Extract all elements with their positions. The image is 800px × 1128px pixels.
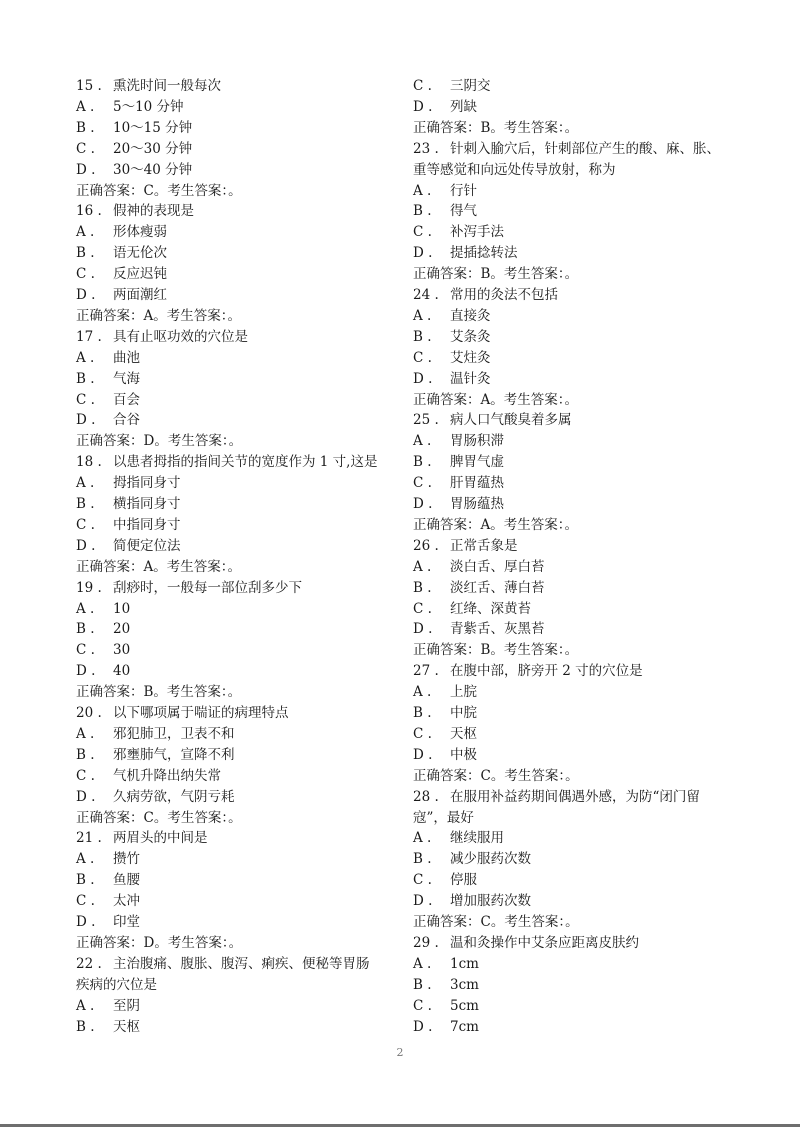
answer-option: B .中脘 — [413, 703, 477, 724]
answer-option: D .温针灸 — [413, 369, 491, 390]
question-text-continuation: 重等感觉和向远处传导放射，称为 — [413, 160, 616, 181]
question-text-continuation: 寇”，最好 — [413, 808, 474, 829]
option-letter: C . — [413, 222, 450, 243]
answer-option: B .脾胃气虚 — [413, 452, 504, 473]
option-text: 至阴 — [113, 998, 140, 1014]
correct-answer-line: 正确答案：A。考生答案：。 — [413, 390, 578, 411]
option-text: 减少服药次数 — [450, 851, 531, 867]
option-text: 行针 — [450, 183, 477, 199]
question-stem: 20 .以下哪项属于喘证的病理特点 — [76, 703, 289, 724]
question-stem: 26 .正常舌象是 — [413, 536, 518, 557]
option-letter: C . — [76, 640, 113, 661]
answer-option: C .反应迟钝 — [76, 264, 167, 285]
page-number: 2 — [0, 1046, 800, 1059]
option-letter: D . — [413, 97, 450, 118]
question-number: 21 . — [76, 828, 113, 849]
question-text: 常用的灸法不包括 — [450, 287, 558, 303]
option-letter: D . — [76, 787, 113, 808]
question-stem: 23 .针刺入腧穴后，针刺部位产生的酸、麻、胀、 — [413, 139, 720, 160]
option-letter: D . — [413, 1017, 450, 1038]
question-stem: 22 .主治腹痛、腹胀、腹泻、痢疾、便秘等胃肠 — [76, 954, 370, 975]
answer-option: C .停服 — [413, 870, 477, 891]
answer-option: A .攒竹 — [76, 849, 140, 870]
option-letter: B . — [413, 452, 450, 473]
question-stem: 15 .熏洗时间一般每次 — [76, 76, 221, 97]
answer-option: B .语无伦次 — [76, 243, 167, 264]
question-number: 28 . — [413, 787, 450, 808]
option-letter: A . — [413, 431, 450, 452]
question-text: 在腹中部，脐旁开 2 寸的穴位是 — [450, 663, 643, 679]
answer-option: B .3cm — [413, 975, 479, 996]
option-text: 反应迟钝 — [113, 266, 167, 282]
answer-option: A .至阴 — [76, 996, 140, 1017]
question-text: 正常舌象是 — [450, 538, 518, 554]
option-text: 直接灸 — [450, 308, 491, 324]
option-text: 中指同身寸 — [113, 517, 181, 533]
answer-option: A .形体瘦弱 — [76, 222, 167, 243]
option-text: 三阴交 — [450, 78, 491, 94]
option-letter: C . — [413, 599, 450, 620]
answer-option: A .1cm — [413, 954, 479, 975]
option-text: 10～15 分钟 — [113, 120, 192, 136]
option-letter: A . — [76, 724, 113, 745]
answer-option: C .5cm — [413, 996, 479, 1017]
option-text: 形体瘦弱 — [113, 224, 167, 240]
answer-option: C .20～30 分钟 — [76, 139, 192, 160]
question-stem: 19 .刮痧时，一般每一部位刮多少下 — [76, 578, 302, 599]
answer-option: D .40 — [76, 661, 130, 682]
question-number: 15 . — [76, 76, 113, 97]
answer-option: D .30～40 分钟 — [76, 160, 192, 181]
answer-option: B .得气 — [413, 201, 477, 222]
answer-option: A .胃肠积滞 — [413, 431, 504, 452]
answer-option: B .艾条灸 — [413, 327, 491, 348]
option-letter: A . — [413, 306, 450, 327]
option-letter: D . — [413, 745, 450, 766]
option-text: 1cm — [450, 956, 479, 972]
option-text: 语无伦次 — [113, 245, 167, 261]
option-text: 3cm — [450, 977, 479, 993]
option-text: 气海 — [113, 371, 140, 387]
option-letter: B . — [76, 1017, 113, 1038]
option-letter: A . — [76, 849, 113, 870]
answer-option: A .继续服用 — [413, 828, 504, 849]
option-letter: B . — [413, 849, 450, 870]
answer-option: A .5～10 分钟 — [76, 97, 184, 118]
answer-option: A .邪犯肺卫，卫表不和 — [76, 724, 235, 745]
option-letter: B . — [76, 369, 113, 390]
option-text: 太冲 — [113, 893, 140, 909]
question-number: 19 . — [76, 578, 113, 599]
answer-option: B .邪壅肺气，宣降不利 — [76, 745, 235, 766]
question-number: 18 . — [76, 452, 113, 473]
option-letter: B . — [76, 243, 113, 264]
correct-answer-line: 正确答案：A。考生答案：。 — [76, 306, 241, 327]
answer-option: A .直接灸 — [413, 306, 491, 327]
option-letter: D . — [76, 912, 113, 933]
option-letter: D . — [413, 891, 450, 912]
question-text: 熏洗时间一般每次 — [113, 78, 221, 94]
option-text: 天枢 — [113, 1019, 140, 1035]
option-text: 艾条灸 — [450, 329, 491, 345]
answer-option: C .肝胃蕴热 — [413, 473, 504, 494]
option-text: 7cm — [450, 1019, 479, 1035]
option-text: 列缺 — [450, 99, 477, 115]
question-stem: 17 .具有止呕功效的穴位是 — [76, 327, 248, 348]
answer-option: D .青紫舌、灰黑苔 — [413, 619, 545, 640]
option-letter: B . — [76, 870, 113, 891]
question-number: 25 . — [413, 410, 450, 431]
answer-option: A .上脘 — [413, 682, 477, 703]
answer-option: C .三阴交 — [413, 76, 491, 97]
option-letter: C . — [76, 891, 113, 912]
option-letter: A . — [413, 557, 450, 578]
option-text: 曲池 — [113, 350, 140, 366]
option-letter: C . — [76, 139, 113, 160]
answer-option: C .补泻手法 — [413, 222, 504, 243]
option-text: 增加服药次数 — [450, 893, 531, 909]
option-text: 30 — [113, 642, 130, 658]
answer-option: D .7cm — [413, 1017, 479, 1038]
option-text: 简便定位法 — [113, 538, 181, 554]
option-text: 拇指同身寸 — [113, 475, 181, 491]
question-text: 病人口气酸臭着多属 — [450, 412, 572, 428]
question-text: 具有止呕功效的穴位是 — [113, 329, 248, 345]
option-text: 久病劳欲，气阴亏耗 — [113, 789, 235, 805]
answer-option: B .天枢 — [76, 1017, 140, 1038]
correct-answer-line: 正确答案：C。考生答案：。 — [76, 808, 242, 829]
option-letter: C . — [76, 390, 113, 411]
question-text: 两眉头的中间是 — [113, 830, 208, 846]
question-text: 以患者拇指的指间关节的宽度作为 1 寸,这是 — [113, 454, 377, 470]
question-number: 23 . — [413, 139, 450, 160]
answer-option: B .气海 — [76, 369, 140, 390]
answer-option: D .胃肠蕴热 — [413, 494, 504, 515]
option-text: 胃肠蕴热 — [450, 496, 504, 512]
question-text: 假神的表现是 — [113, 203, 194, 219]
option-text: 淡红舌、薄白苔 — [450, 580, 545, 596]
answer-option: D .增加服药次数 — [413, 891, 531, 912]
option-letter: D . — [413, 369, 450, 390]
option-letter: D . — [76, 661, 113, 682]
option-letter: B . — [413, 975, 450, 996]
option-text: 青紫舌、灰黑苔 — [450, 621, 545, 637]
question-text: 主治腹痛、腹胀、腹泻、痢疾、便秘等胃肠 — [113, 956, 370, 972]
option-letter: A . — [413, 682, 450, 703]
option-letter: B . — [76, 494, 113, 515]
answer-option: A .曲池 — [76, 348, 140, 369]
bottom-border — [0, 1124, 800, 1127]
option-letter: A . — [413, 954, 450, 975]
option-text: 天枢 — [450, 726, 477, 742]
question-number: 26 . — [413, 536, 450, 557]
option-letter: D . — [76, 410, 113, 431]
answer-option: C .气机升降出纳失常 — [76, 766, 221, 787]
answer-option: C .天枢 — [413, 724, 477, 745]
question-stem: 16 .假神的表现是 — [76, 201, 194, 222]
option-letter: B . — [76, 745, 113, 766]
correct-answer-line: 正确答案：B。考生答案：。 — [413, 264, 578, 285]
correct-answer-line: 正确答案：B。考生答案：。 — [413, 118, 578, 139]
question-stem: 29 .温和灸操作中艾条应距离皮肤约 — [413, 933, 639, 954]
option-letter: B . — [413, 578, 450, 599]
option-letter: C . — [76, 515, 113, 536]
answer-option: B .10～15 分钟 — [76, 118, 192, 139]
option-letter: D . — [76, 285, 113, 306]
question-text: 以下哪项属于喘证的病理特点 — [113, 705, 289, 721]
option-text: 邪壅肺气，宣降不利 — [113, 747, 235, 763]
correct-answer-line: 正确答案：D。考生答案：。 — [76, 431, 242, 452]
answer-option: B .20 — [76, 619, 130, 640]
answer-option: B .淡红舌、薄白苔 — [413, 578, 545, 599]
option-letter: C . — [413, 724, 450, 745]
option-letter: A . — [413, 828, 450, 849]
question-text-continuation: 疾病的穴位是 — [76, 975, 157, 996]
question-number: 17 . — [76, 327, 113, 348]
option-letter: C . — [413, 76, 450, 97]
option-text: 中极 — [450, 747, 477, 763]
answer-option: A .行针 — [413, 181, 477, 202]
option-letter: D . — [76, 160, 113, 181]
option-text: 5～10 分钟 — [113, 99, 184, 115]
option-text: 20～30 分钟 — [113, 141, 192, 157]
answer-option: C .中指同身寸 — [76, 515, 181, 536]
option-letter: D . — [413, 243, 450, 264]
option-text: 上脘 — [450, 684, 477, 700]
option-letter: A . — [76, 473, 113, 494]
answer-option: B .鱼腰 — [76, 870, 140, 891]
question-text: 温和灸操作中艾条应距离皮肤约 — [450, 935, 639, 951]
answer-option: B .横指同身寸 — [76, 494, 181, 515]
option-letter: B . — [413, 201, 450, 222]
option-letter: D . — [76, 536, 113, 557]
question-text: 针刺入腧穴后，针刺部位产生的酸、麻、胀、 — [450, 141, 720, 157]
option-letter: A . — [76, 222, 113, 243]
option-letter: A . — [76, 348, 113, 369]
option-text: 20 — [113, 621, 130, 637]
question-stem: 27 .在腹中部，脐旁开 2 寸的穴位是 — [413, 661, 643, 682]
option-letter: D . — [413, 619, 450, 640]
answer-option: D .久病劳欲，气阴亏耗 — [76, 787, 235, 808]
option-text: 脾胃气虚 — [450, 454, 504, 470]
option-letter: B . — [76, 118, 113, 139]
option-text: 淡白舌、厚白苔 — [450, 559, 545, 575]
option-text: 提插捻转法 — [450, 245, 518, 261]
option-letter: B . — [76, 619, 113, 640]
answer-option: C .30 — [76, 640, 130, 661]
option-letter: D . — [413, 494, 450, 515]
correct-answer-line: 正确答案：C。考生答案：。 — [413, 766, 579, 787]
question-number: 20 . — [76, 703, 113, 724]
correct-answer-line: 正确答案：B。考生答案：。 — [413, 640, 578, 661]
correct-answer-line: 正确答案：A。考生答案：。 — [413, 515, 578, 536]
question-number: 27 . — [413, 661, 450, 682]
question-text: 在服用补益药期间偶遇外感，为防“闭门留 — [450, 789, 700, 805]
question-number: 24 . — [413, 285, 450, 306]
option-letter: C . — [76, 766, 113, 787]
option-text: 10 — [113, 601, 130, 617]
option-text: 气机升降出纳失常 — [113, 768, 221, 784]
correct-answer-line: 正确答案：C。考生答案：。 — [76, 181, 242, 202]
option-text: 胃肠积滞 — [450, 433, 504, 449]
option-letter: A . — [76, 996, 113, 1017]
question-stem: 24 .常用的灸法不包括 — [413, 285, 558, 306]
option-text: 40 — [113, 663, 130, 679]
option-text: 印堂 — [113, 914, 140, 930]
question-number: 29 . — [413, 933, 450, 954]
option-text: 继续服用 — [450, 830, 504, 846]
option-text: 停服 — [450, 872, 477, 888]
option-text: 中脘 — [450, 705, 477, 721]
answer-option: A .10 — [76, 599, 130, 620]
option-text: 补泻手法 — [450, 224, 504, 240]
option-text: 艾炷灸 — [450, 350, 491, 366]
option-text: 温针灸 — [450, 371, 491, 387]
question-stem: 25 .病人口气酸臭着多属 — [413, 410, 572, 431]
option-letter: B . — [413, 703, 450, 724]
correct-answer-line: 正确答案：A。考生答案：。 — [76, 557, 241, 578]
correct-answer-line: 正确答案：B。考生答案：。 — [76, 682, 241, 703]
answer-option: A .淡白舌、厚白苔 — [413, 557, 545, 578]
option-text: 5cm — [450, 998, 479, 1014]
answer-option: C .红绛、深黄苔 — [413, 599, 531, 620]
option-text: 30～40 分钟 — [113, 162, 192, 178]
option-text: 鱼腰 — [113, 872, 140, 888]
option-letter: C . — [76, 264, 113, 285]
option-text: 攒竹 — [113, 851, 140, 867]
option-text: 肝胃蕴热 — [450, 475, 504, 491]
option-letter: A . — [76, 97, 113, 118]
option-text: 邪犯肺卫，卫表不和 — [113, 726, 235, 742]
correct-answer-line: 正确答案：C。考生答案：。 — [413, 912, 579, 933]
option-text: 合谷 — [113, 412, 140, 428]
option-text: 两面潮红 — [113, 287, 167, 303]
answer-option: D .合谷 — [76, 410, 140, 431]
option-letter: B . — [413, 327, 450, 348]
option-text: 得气 — [450, 203, 477, 219]
question-stem: 21 .两眉头的中间是 — [76, 828, 208, 849]
question-stem: 28 .在服用补益药期间偶遇外感，为防“闭门留 — [413, 787, 700, 808]
question-number: 16 . — [76, 201, 113, 222]
question-number: 22 . — [76, 954, 113, 975]
question-text: 刮痧时，一般每一部位刮多少下 — [113, 580, 302, 596]
option-text: 百会 — [113, 392, 140, 408]
answer-option: C .百会 — [76, 390, 140, 411]
answer-option: C .太冲 — [76, 891, 140, 912]
answer-option: B .减少服药次数 — [413, 849, 531, 870]
answer-option: C .艾炷灸 — [413, 348, 491, 369]
option-letter: C . — [413, 870, 450, 891]
option-letter: A . — [413, 181, 450, 202]
option-letter: C . — [413, 348, 450, 369]
answer-option: D .列缺 — [413, 97, 477, 118]
correct-answer-line: 正确答案：D。考生答案：。 — [76, 933, 242, 954]
option-text: 横指同身寸 — [113, 496, 181, 512]
option-text: 红绛、深黄苔 — [450, 601, 531, 617]
option-letter: C . — [413, 996, 450, 1017]
answer-option: A .拇指同身寸 — [76, 473, 181, 494]
answer-option: D .印堂 — [76, 912, 140, 933]
answer-option: D .中极 — [413, 745, 477, 766]
option-letter: A . — [76, 599, 113, 620]
answer-option: D .提插捻转法 — [413, 243, 518, 264]
question-stem: 18 .以患者拇指的指间关节的宽度作为 1 寸,这是 — [76, 452, 377, 473]
answer-option: D .简便定位法 — [76, 536, 181, 557]
answer-option: D .两面潮红 — [76, 285, 167, 306]
option-letter: C . — [413, 473, 450, 494]
